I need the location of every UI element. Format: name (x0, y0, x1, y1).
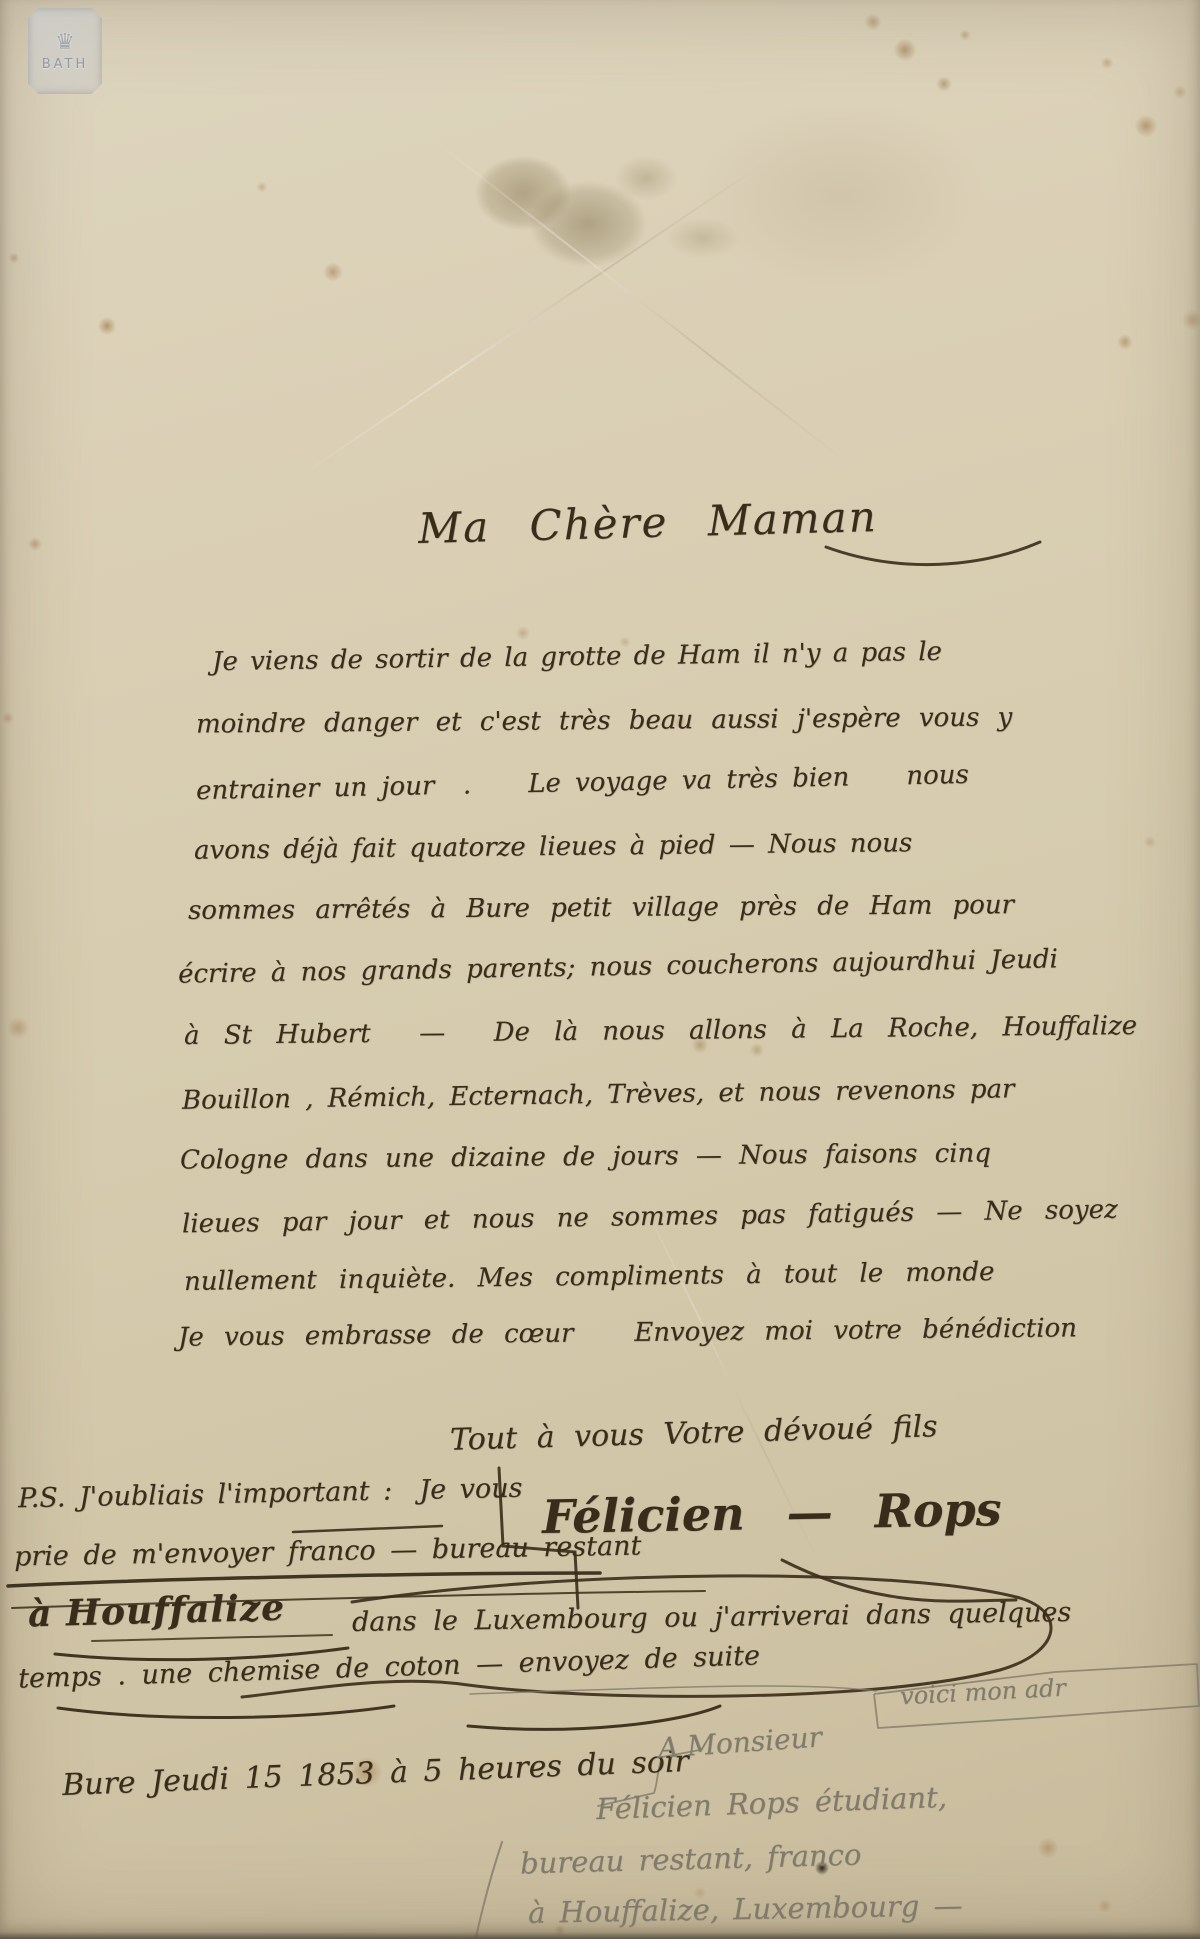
letter-line-1: Je viens de sortir de la grotte de Ham i… (212, 637, 942, 677)
signature-sweep (782, 1560, 1016, 1601)
letter-line-3: entrainer un jour . Le voyage va très bi… (196, 760, 969, 806)
letter-line-11: nullement inquiète. Mes compliments à to… (184, 1257, 995, 1297)
pencil-line (470, 1686, 876, 1694)
ps-line-1: P.S. J'oubliais l'important : Je vous (18, 1473, 523, 1515)
stamp-text: BATH (42, 57, 89, 72)
scan-edge (0, 1932, 1200, 1939)
underline-envoyez (468, 1706, 720, 1729)
letter-line-12: Je vous embrasse de cœur Envoyez moi vot… (178, 1313, 1077, 1352)
letter-line-4: avons déjà fait quatorze lieues à pied —… (194, 828, 913, 866)
letter-line-6: écrire à nos grands parents; nous couche… (178, 944, 1058, 989)
pencil-address-line-1: A Monsieur (657, 1720, 823, 1764)
scanned-letter-page: ♛ BATH Ma Chère Maman Je viens de s (0, 0, 1200, 1939)
title-flourish (826, 542, 1040, 565)
pencil-address-line-4: à Houffalize, Luxembourg — (528, 1888, 963, 1930)
letter-line-8: Bouillon , Rémich, Ecternach, Trèves, et… (182, 1074, 1015, 1116)
ps-line-4: temps . une chemise de coton — envoyez d… (18, 1640, 761, 1694)
embossed-stamp: ♛ BATH (28, 8, 102, 94)
underline-houffalize-2 (92, 1635, 332, 1641)
paper-crease (435, 140, 846, 462)
letter-line-5: sommes arrêtés à Bure petit village près… (188, 890, 1014, 926)
pencil-address-hint: voici mon adr (899, 1674, 1066, 1711)
underline-chemise (58, 1706, 394, 1718)
pencil-slash (476, 1842, 502, 1937)
letter-line-9: Cologne dans une dizaine de jours — Nous… (180, 1138, 991, 1175)
underline-long-1 (8, 1573, 600, 1586)
letter-line-7: à St Hubert — De là nous allons à La Roc… (184, 1011, 1137, 1051)
ps-line-3-rest: dans le Luxembourg ou j'arriverai dans q… (352, 1597, 1072, 1638)
underline-je-vous (293, 1526, 442, 1532)
ps-line-3-place: à Houffalize (27, 1587, 285, 1636)
crown-icon: ♛ (55, 30, 75, 55)
pencil-address-line-2: Félicien Rops étudiant, (596, 1780, 948, 1826)
salutation: Ma Chère Maman (417, 492, 878, 553)
closing-line: Tout à vous Votre dévoué fils (450, 1409, 938, 1458)
ps-line-2: prie de m'envoyer franco — bureau restan… (14, 1531, 642, 1573)
paper-crease (297, 164, 762, 479)
letter-line-2: moindre danger et c'est très beau aussi … (196, 702, 1013, 739)
pencil-address-line-3: bureau restant, franco (520, 1838, 862, 1881)
letter-line-10: lieues par jour et nous ne sommes pas fa… (182, 1195, 1118, 1240)
